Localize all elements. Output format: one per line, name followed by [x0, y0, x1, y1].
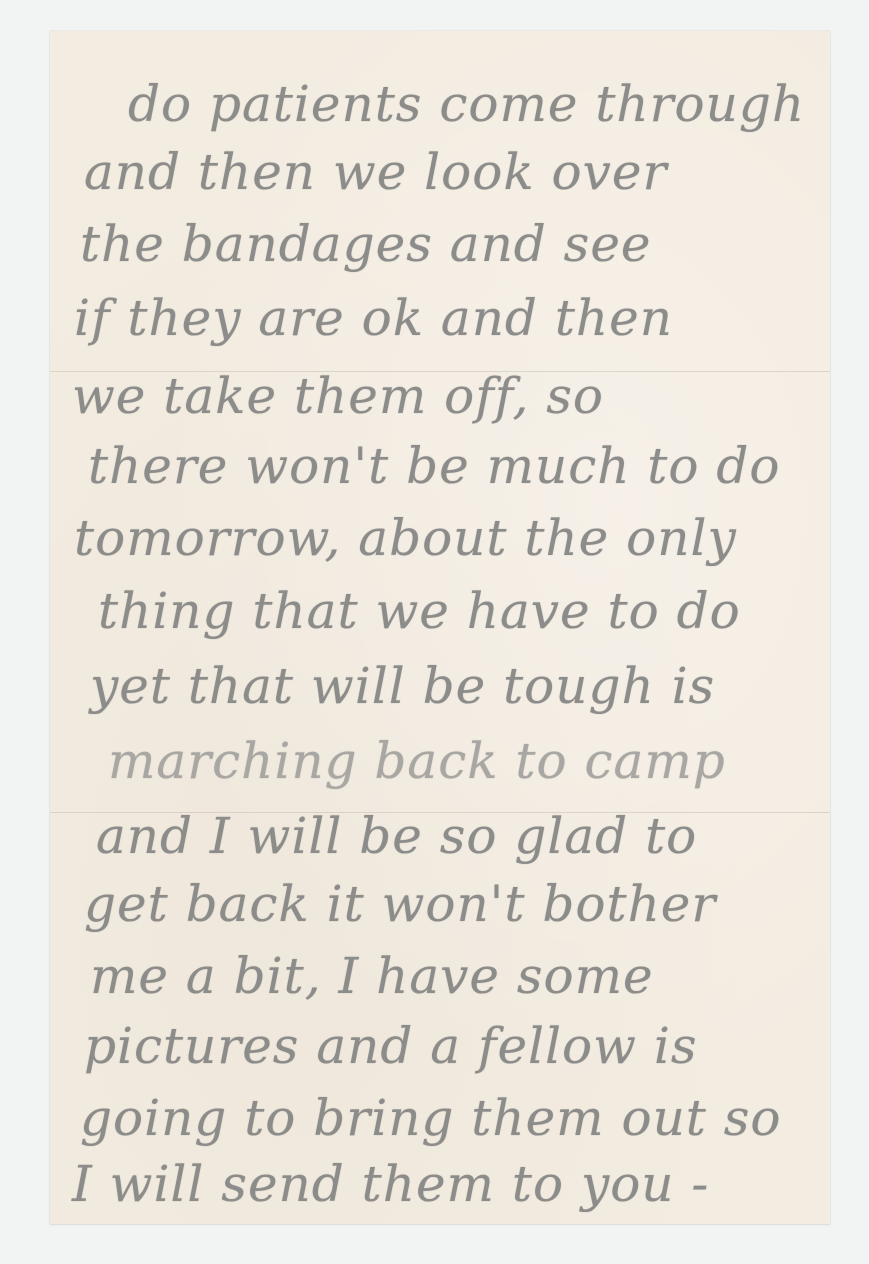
text-line: do patients come through [128, 79, 805, 129]
text-line: me a bit, I have some [90, 951, 654, 1001]
handwritten-text: do patients come through and then we loo… [50, 31, 830, 1224]
letter-page: do patients come through and then we loo… [50, 31, 830, 1224]
text-line: yet that will be tough is [90, 661, 715, 711]
text-line: tomorrow, about the only [74, 513, 737, 563]
text-line: going to bring them out so [80, 1093, 782, 1143]
text-line: we take them off, so [72, 371, 604, 421]
text-line: if they are ok and then [74, 293, 673, 343]
text-line: and then we look over [84, 147, 667, 197]
text-line: there won't be much to do [88, 441, 781, 491]
text-line: pictures and a fellow is [84, 1021, 697, 1071]
text-line: the bandages and see [80, 219, 652, 269]
text-line: thing that we have to do [98, 586, 741, 636]
text-line: get back it won't bother [84, 879, 716, 929]
text-line: marching back to camp [108, 736, 726, 786]
text-line: and I will be so glad to [96, 811, 697, 861]
text-line: I will send them to you - [72, 1159, 709, 1209]
